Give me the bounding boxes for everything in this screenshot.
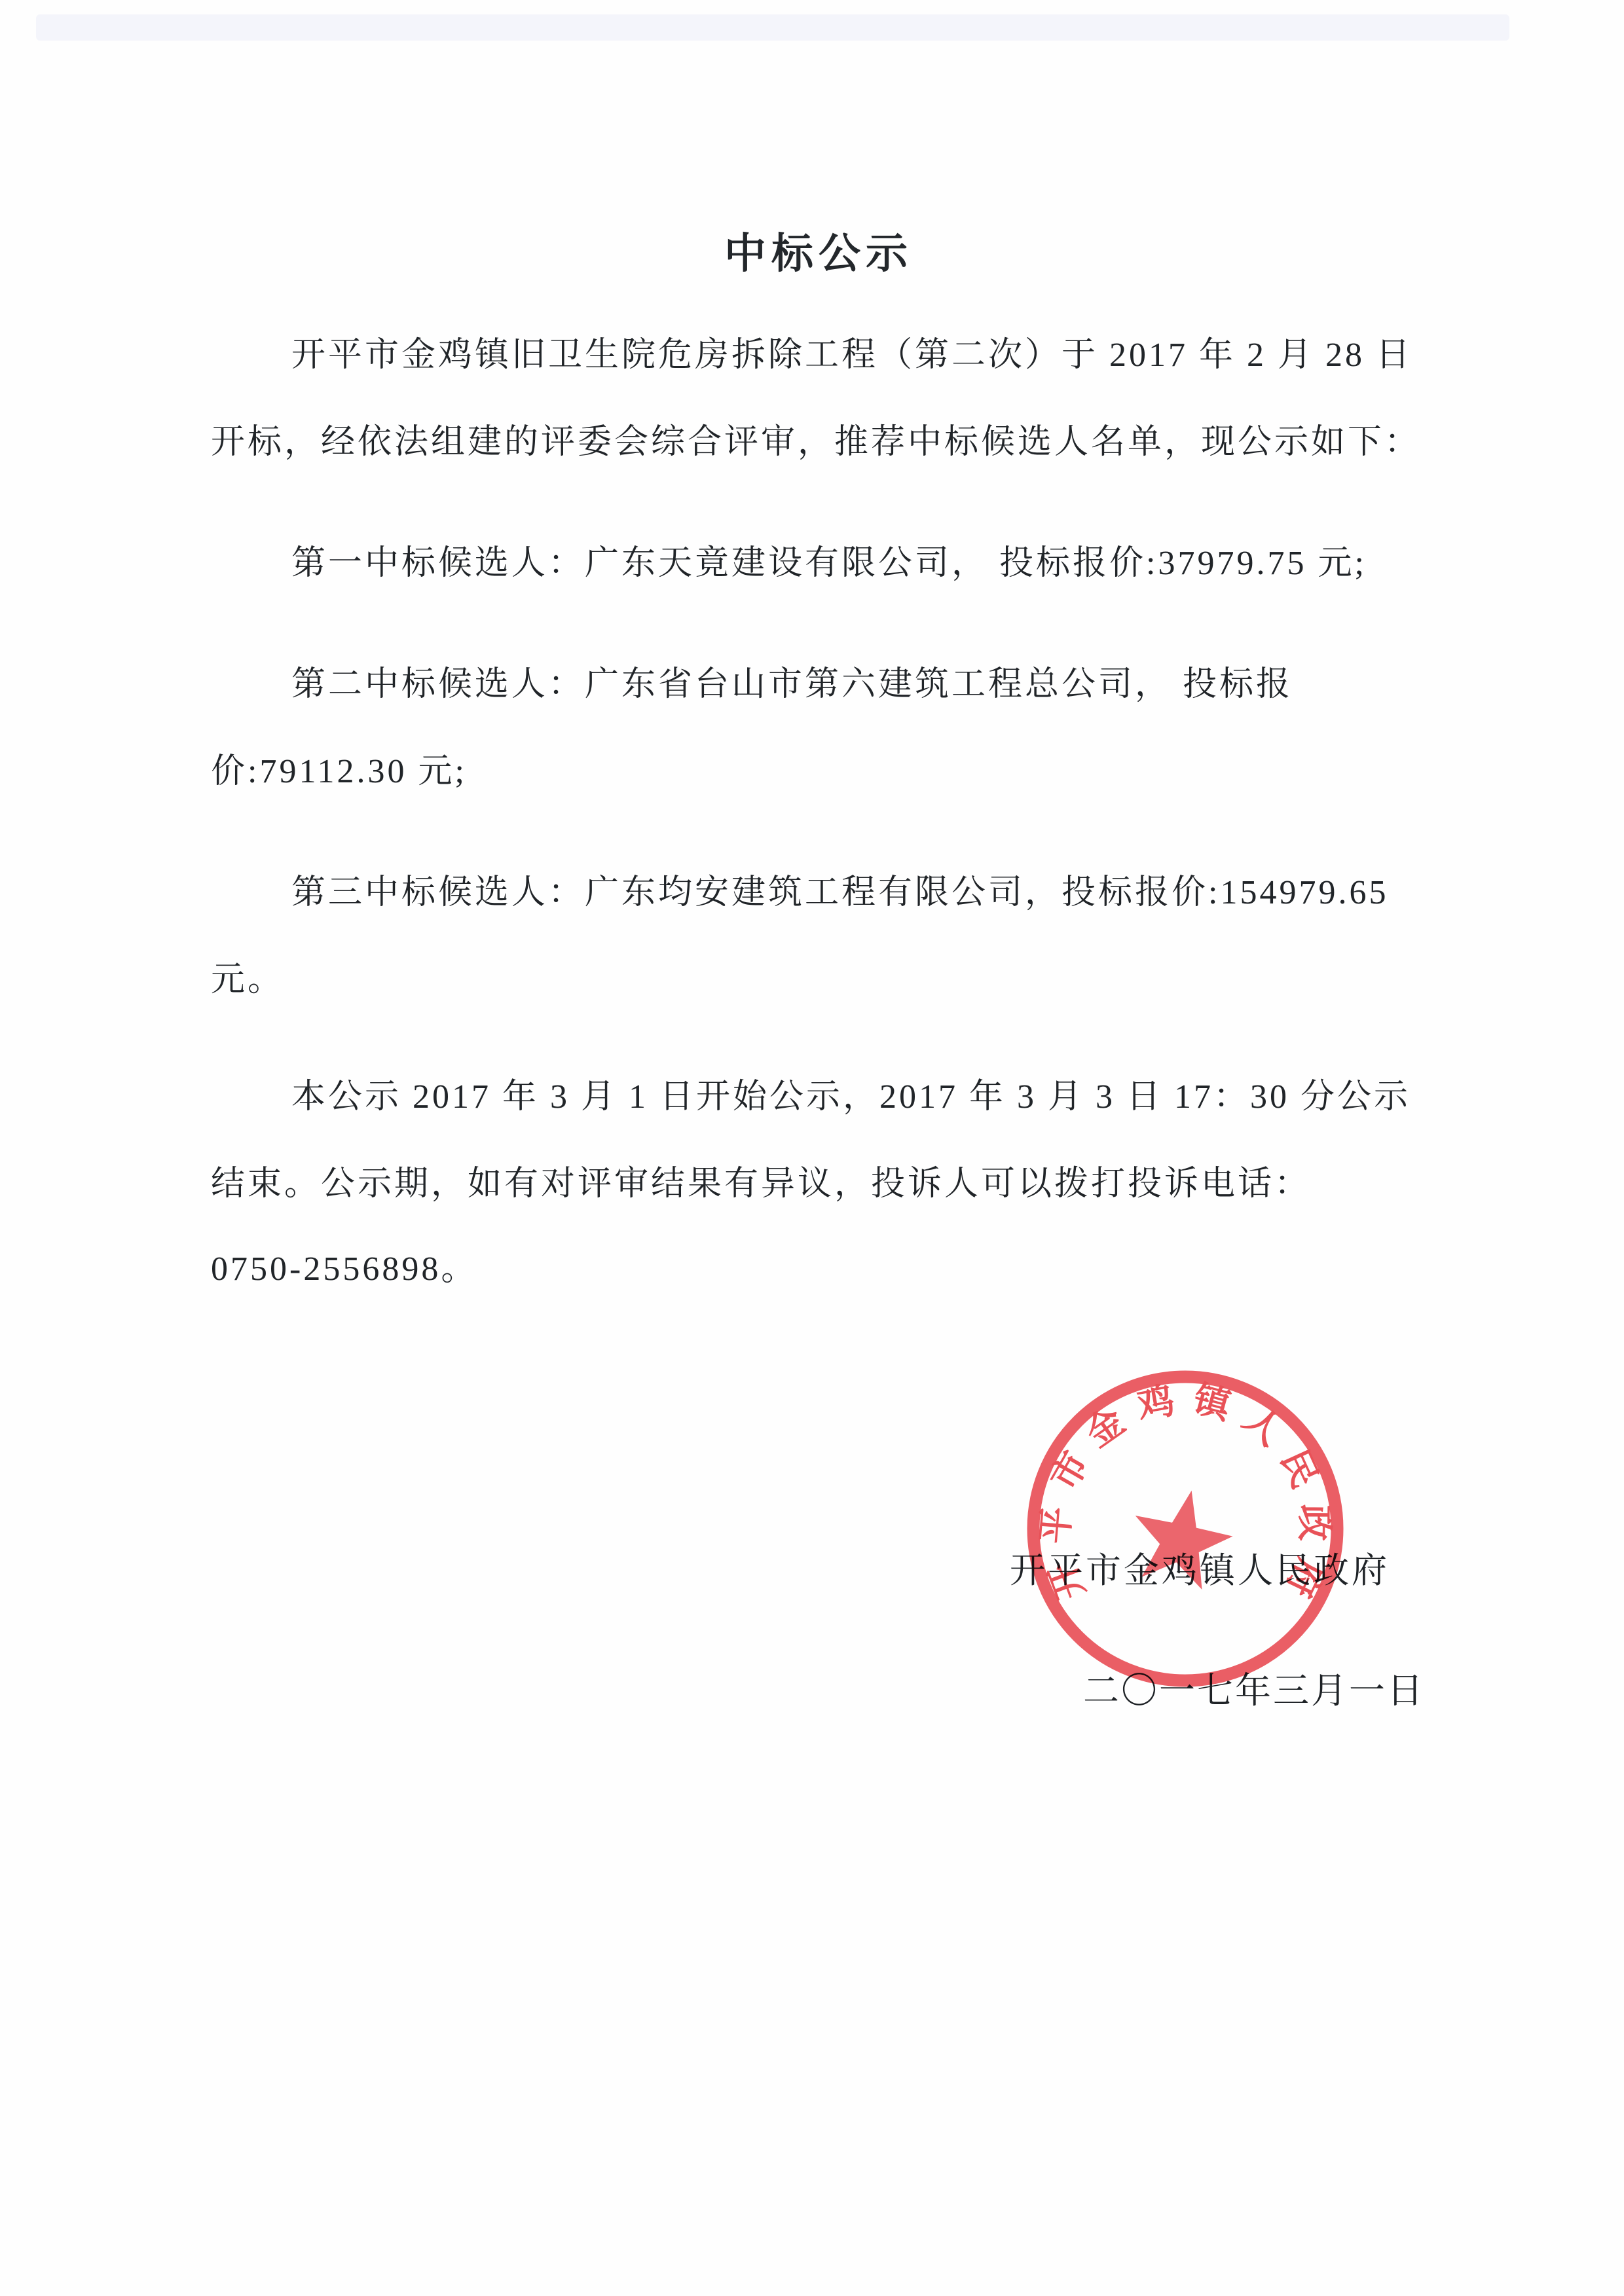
scan-artifact [36, 14, 1509, 41]
body-line-5: 价:79112.30 元; [211, 752, 467, 792]
body-line-8: 本公示 2017 年 3 月 1 日开始公示，2017 年 3 月 3 日 17… [291, 1077, 1411, 1118]
body-line-1: 开平市金鸡镇旧卫生院危房拆除工程（第二次）于 2017 年 2 月 28 日 [291, 335, 1412, 376]
body-line-10: 0750-2556898。 [211, 1249, 477, 1290]
page-title: 中标公示 [210, 220, 1428, 280]
scanned-page: 中标公示 开平市金鸡镇旧卫生院危房拆除工程（第二次）于 2017 年 2 月 2… [0, 0, 1624, 2296]
body-line-6: 第三中标候选人：广东均安建筑工程有限公司，投标报价:154979.65 [291, 873, 1388, 913]
official-seal: 开平市金鸡镇人民政府 [1012, 1362, 1359, 1709]
body-line-9: 结束。公示期，如有对评审结果有异议，投诉人可以拨打投诉电话： [211, 1164, 1311, 1205]
body-line-7: 元。 [211, 960, 284, 1000]
body-line-2: 开标，经依法组建的评委会综合评审，推荐中标候选人名单，现公示如下： [211, 422, 1421, 463]
body-line-4: 第二中标候选人：广东省台山市第六建筑工程总公司， 投标报 [291, 665, 1293, 705]
seal-star-icon [1123, 1480, 1240, 1594]
body-line-3: 第一中标候选人：广东天竟建设有限公司， 投标报价:37979.75 元; [291, 543, 1367, 584]
